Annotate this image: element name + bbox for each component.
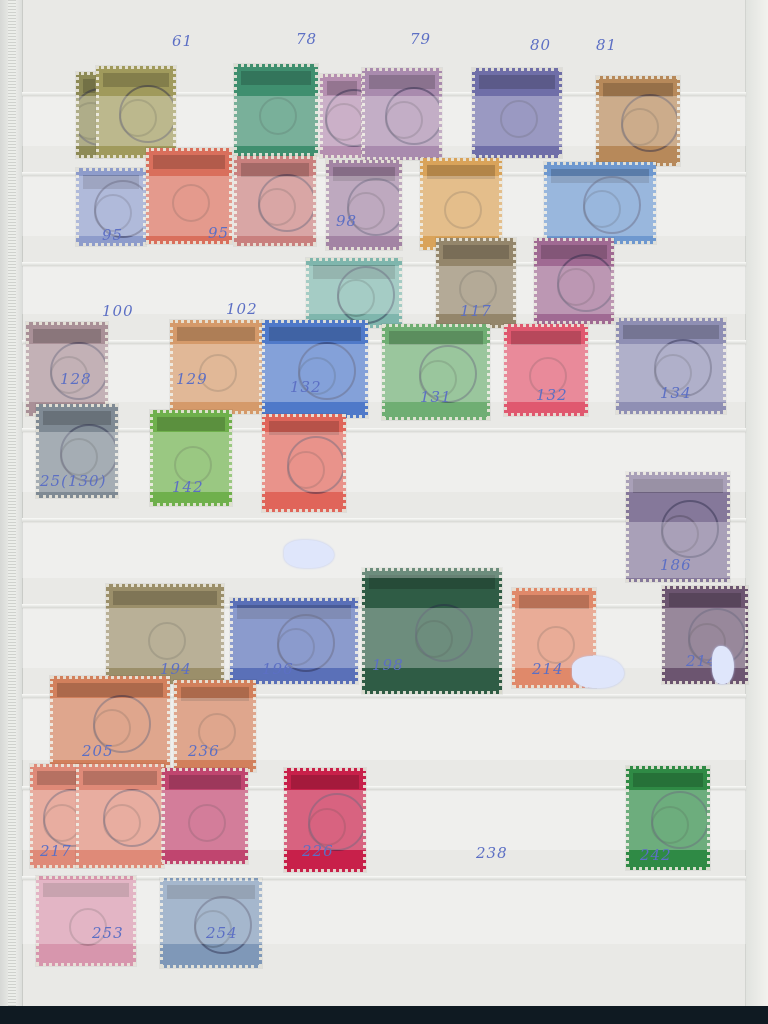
stamp (306, 258, 402, 328)
album-page-edge (745, 0, 768, 1006)
stamp (76, 764, 164, 868)
stamp (160, 878, 262, 968)
stamp (472, 68, 562, 158)
catalogue-number-note: 129 (176, 370, 208, 388)
stamp-inscription-panel (241, 71, 311, 85)
album-cover-edge (0, 1006, 768, 1024)
stamp (262, 414, 346, 512)
catalogue-number-note: 236 (188, 742, 220, 760)
stamp (96, 66, 176, 158)
chrysanthemum-emblem (188, 804, 226, 842)
chrysanthemum-emblem (500, 100, 538, 138)
postmark-cancel (651, 791, 709, 849)
album-page: 6178798081959598117100102128129132131132… (0, 0, 768, 1006)
catalogue-number-note: 226 (302, 842, 334, 860)
stamp-inscription-panel (427, 165, 495, 179)
stamp-inscription-panel (291, 775, 359, 789)
catalogue-number-note: 194 (160, 660, 192, 678)
postmark-cancel (337, 266, 395, 324)
stamp (234, 64, 318, 156)
stamp-inscription-panel (43, 411, 111, 425)
catalogue-number-note: 61 (172, 32, 193, 50)
stamp (26, 322, 108, 416)
postmark-cancel (557, 254, 614, 312)
postmark-cancel (287, 436, 345, 494)
stamp-inscription-panel (389, 331, 483, 345)
catalogue-number-note: 198 (372, 656, 404, 674)
stamp-inscription-panel (33, 329, 101, 343)
stamp-inscription-panel (669, 593, 741, 607)
stamp-inscription-panel (113, 591, 217, 605)
stamp-inscription-panel (633, 479, 723, 493)
catalogue-number-note: 128 (60, 370, 92, 388)
postmark-cancel (661, 500, 719, 558)
catalogue-number-note: 134 (660, 384, 692, 402)
catalogue-number-note: 131 (420, 388, 452, 406)
stamp (162, 768, 248, 864)
catalogue-number-note: 242 (640, 846, 672, 864)
catalogue-number-note: 238 (476, 844, 508, 862)
stamp-inscription-panel (157, 417, 225, 431)
stamp (234, 156, 316, 246)
stamp-inscription-panel (369, 75, 435, 89)
chrysanthemum-emblem (537, 626, 575, 664)
catalogue-number-note: 25(130) (40, 472, 106, 490)
stamp-inscription-panel (177, 327, 255, 341)
stamp-inscription-panel (57, 683, 163, 697)
stamp (170, 320, 262, 414)
chrysanthemum-emblem (148, 622, 186, 660)
catalogue-number-note: 95 (102, 226, 123, 244)
postmark-cancel (119, 85, 176, 143)
postmark-cancel (385, 87, 442, 145)
catalogue-number-note: 80 (530, 36, 551, 54)
postmark-cancel (583, 176, 641, 234)
stamp-inscription-panel (633, 773, 703, 787)
stamp (326, 160, 402, 250)
stamp (262, 320, 368, 418)
stamp (320, 74, 364, 158)
catalogue-number-note: 78 (296, 30, 317, 48)
catalogue-number-note: 100 (102, 302, 134, 320)
catalogue-number-note: 186 (660, 556, 692, 574)
stamp-inscription-panel (269, 421, 339, 435)
stamp-inscription-panel (603, 83, 673, 97)
catalogue-number-note: 79 (410, 30, 431, 48)
stamp-inscription-panel (83, 771, 157, 785)
stamp-inscription-panel (623, 325, 719, 339)
stamp (544, 162, 656, 244)
stamp-inscription-panel (181, 687, 249, 701)
postmark-cancel (325, 89, 364, 147)
stock-strip (22, 428, 746, 432)
catalogue-number-note: 217 (40, 842, 72, 860)
stamp-inscription-panel (241, 163, 309, 177)
stamp (36, 876, 136, 966)
stamp-inscription-panel (153, 155, 225, 169)
catalogue-number-note: 132 (290, 378, 322, 396)
catalogue-number-note: 117 (460, 302, 492, 320)
stamp (362, 68, 442, 160)
postmark-cancel (258, 174, 316, 232)
stamp-inscription-panel (479, 75, 555, 89)
catalogue-number-note: 132 (536, 386, 568, 404)
chrysanthemum-emblem (172, 184, 210, 222)
stamp-inscription-panel (269, 327, 361, 341)
catalogue-number-note: 98 (336, 212, 357, 230)
stamp-inscription-panel (369, 575, 495, 589)
catalogue-number-note: 205 (82, 742, 114, 760)
postmark-cancel (103, 789, 161, 847)
stamp-inscription-panel (169, 775, 241, 789)
stamp (420, 158, 502, 250)
catalogue-number-note: 196 (262, 660, 294, 678)
postmark-cancel (621, 94, 679, 152)
album-spine-binding (0, 0, 23, 1006)
catalogue-number-note: 214 (532, 660, 564, 678)
stamp-inscription-panel (511, 331, 581, 345)
eraser-smudge (572, 656, 624, 688)
eraser-smudge (284, 540, 334, 568)
stamp-inscription-panel (103, 73, 169, 87)
stamp-inscription-panel (443, 245, 509, 259)
stamp (230, 598, 358, 684)
chrysanthemum-emblem (444, 191, 482, 229)
stamp (362, 568, 502, 694)
catalogue-number-note: 81 (596, 36, 617, 54)
postmark-cancel (415, 604, 473, 662)
chrysanthemum-emblem (259, 97, 297, 135)
catalogue-number-note: 102 (226, 300, 258, 318)
stamp-inscription-panel (519, 595, 589, 609)
catalogue-number-note: 253 (92, 924, 124, 942)
stamp-inscription-panel (43, 883, 129, 897)
stamp (596, 76, 680, 166)
catalogue-number-note: 254 (206, 924, 238, 942)
stamp-inscription-panel (167, 885, 255, 899)
stamp (534, 238, 614, 324)
catalogue-number-note: 95 (208, 224, 229, 242)
eraser-smudge (712, 646, 734, 684)
catalogue-number-note: 142 (172, 478, 204, 496)
